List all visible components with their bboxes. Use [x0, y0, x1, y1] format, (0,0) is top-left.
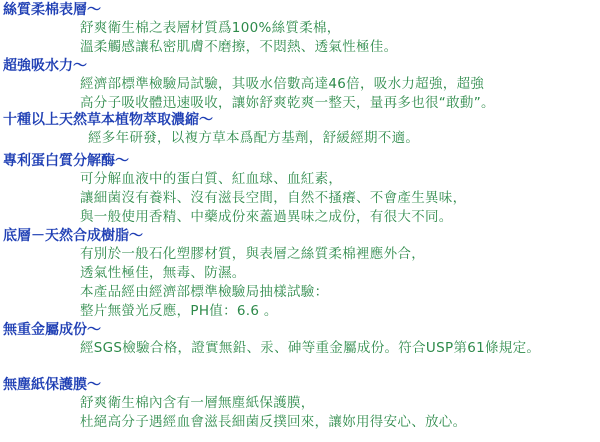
section-heading: 底層－天然合成樹脂～	[0, 227, 425, 245]
section-herbal-extract: 十種以上天然草本植物萃取濃縮～ 經多年研發，以複方草本爲配方基劑，舒緩經期不適。	[0, 111, 419, 148]
section-text-line: 與一般使用香精、中藥成份來蓋過異味之成份，有很大不同。	[0, 208, 466, 227]
section-text-line: 整片無螢光反應，PH值：6.6 。	[0, 302, 425, 321]
section-heading: 專利蛋白質分解酶～	[0, 152, 466, 170]
section-text-line: 有別於一般石化塑膠材質，與表層之絲質柔棉裡應外合，	[0, 245, 425, 264]
section-heading: 絲質柔棉表層～	[0, 1, 397, 19]
section-text-line: 經多年研發，以複方草本爲配方基劑，舒緩經期不適。	[0, 129, 419, 148]
section-heading: 超強吸水力～	[0, 57, 495, 75]
section-protease: 專利蛋白質分解酶～ 可分解血液中的蛋白質、紅血球、血紅素， 讓細菌沒有養料、沒有…	[0, 152, 466, 227]
section-absorbency: 超強吸水力～ 經濟部標準檢驗局試驗，其吸水倍數高達46倍，吸水力超強，超強 高分…	[0, 57, 495, 113]
section-heading: 無塵紙保護膜～	[0, 376, 466, 394]
section-dust-free-film: 無塵紙保護膜～ 舒爽衛生棉內含有一層無塵紙保護膜， 杜絕高分子遇經血會滋長細菌反…	[0, 376, 466, 432]
section-text-line: 本產品經由經濟部標準檢驗局抽樣試驗：	[0, 283, 425, 302]
section-text-line: 透氣性極佳，無毒、防濕。	[0, 264, 425, 283]
section-text-line: 經SGS檢驗合格，證實無鉛、汞、砷等重金屬成份。符合USP第61條規定。	[0, 339, 540, 358]
section-text-line: 舒爽衛生棉之表層材質爲100%絲質柔棉，	[0, 19, 397, 38]
section-text-line: 讓細菌沒有養料、沒有滋長空間，自然不搔癢、不會產生異味，	[0, 189, 466, 208]
section-heading: 無重金屬成份～	[0, 321, 540, 339]
product-feature-page: 絲質柔棉表層～ 舒爽衛生棉之表層材質爲100%絲質柔棉， 溫柔觸感讓私密肌膚不磨…	[0, 0, 600, 442]
section-text-line: 溫柔觸感讓私密肌膚不磨擦，不悶熱、透氣性極佳。	[0, 38, 397, 57]
section-silk-surface: 絲質柔棉表層～ 舒爽衛生棉之表層材質爲100%絲質柔棉， 溫柔觸感讓私密肌膚不磨…	[0, 1, 397, 57]
section-no-heavy-metals: 無重金屬成份～ 經SGS檢驗合格，證實無鉛、汞、砷等重金屬成份。符合USP第61…	[0, 321, 540, 358]
section-text-line: 經濟部標準檢驗局試驗，其吸水倍數高達46倍，吸水力超強，超強	[0, 75, 495, 94]
section-text-line: 杜絕高分子遇經血會滋長細菌反撲回來，讓妳用得安心、放心。	[0, 413, 466, 432]
section-heading: 十種以上天然草本植物萃取濃縮～	[0, 111, 419, 129]
section-bottom-layer: 底層－天然合成樹脂～ 有別於一般石化塑膠材質，與表層之絲質柔棉裡應外合， 透氣性…	[0, 227, 425, 321]
section-text-line: 舒爽衛生棉內含有一層無塵紙保護膜，	[0, 394, 466, 413]
section-text-line: 可分解血液中的蛋白質、紅血球、血紅素，	[0, 170, 466, 189]
